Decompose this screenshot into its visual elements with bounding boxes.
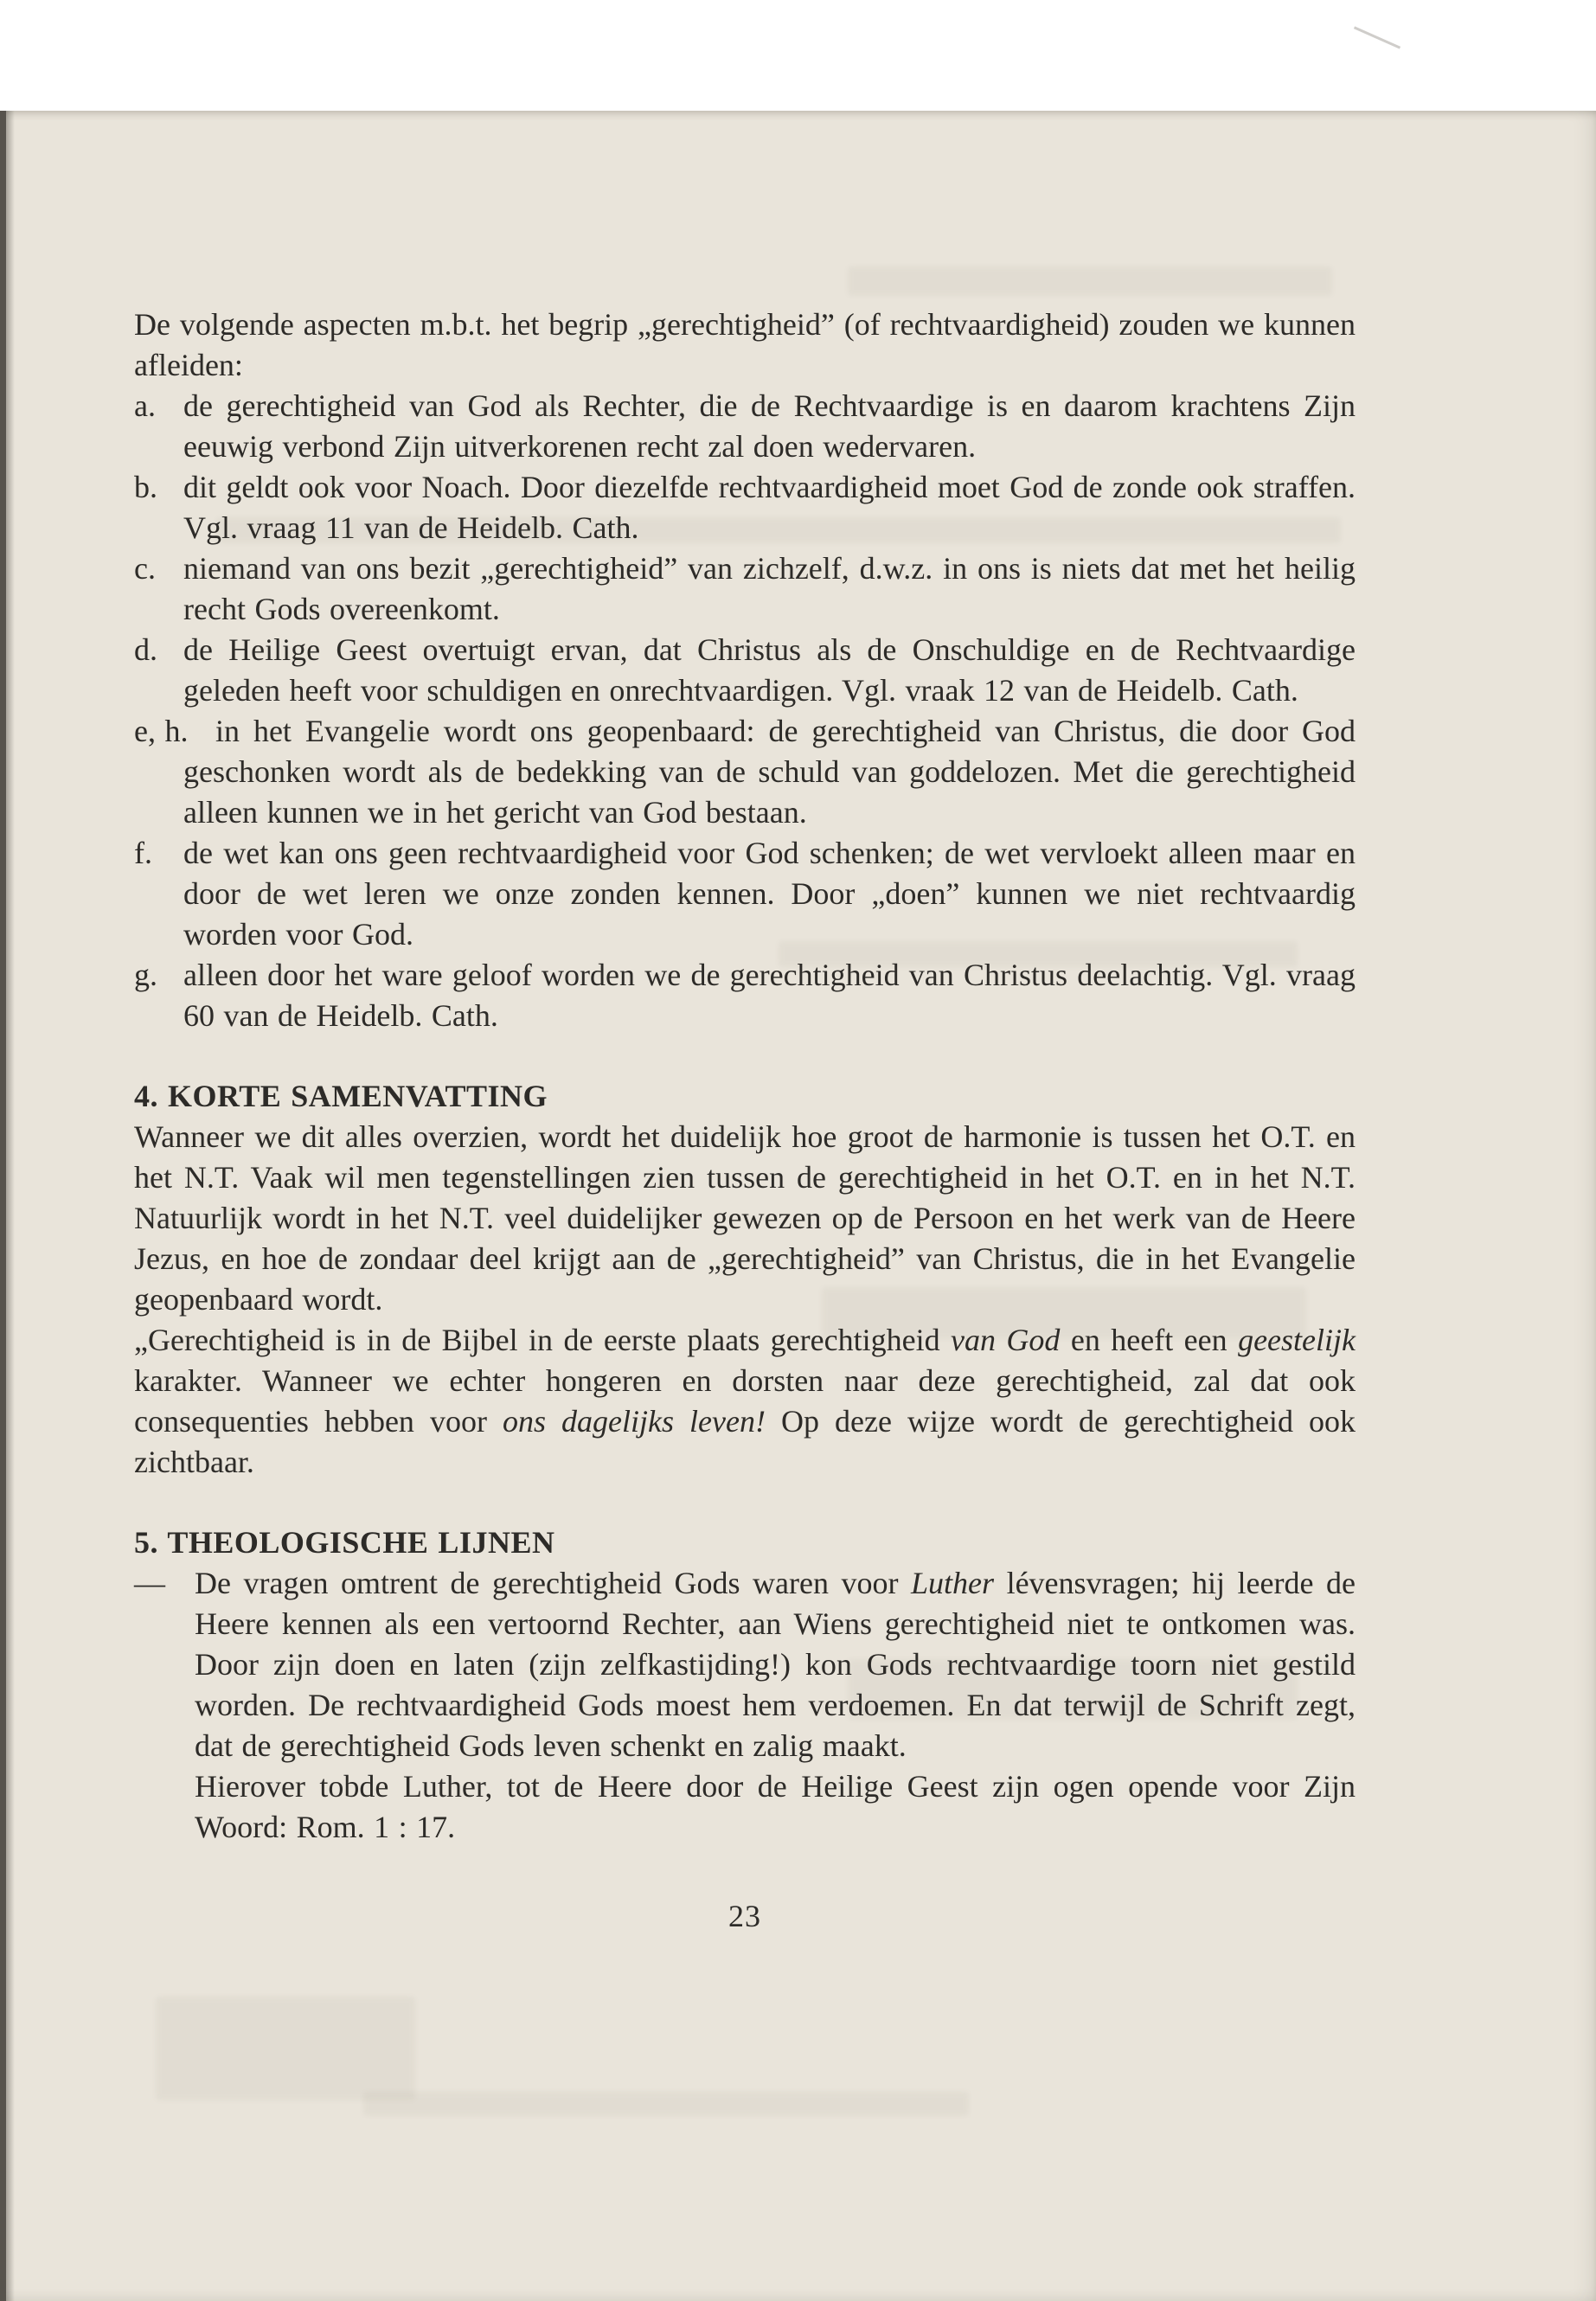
intro-paragraph: De volgende aspecten m.b.t. het begrip „… bbox=[134, 304, 1356, 386]
aspect-item-marker: f. bbox=[134, 833, 152, 874]
page-number: 23 bbox=[134, 1896, 1356, 1937]
theological-line-item: — De vragen omtrent de gerechtigheid God… bbox=[134, 1563, 1356, 1766]
aspect-list-item: c. niemand van ons bezit „gerechtigheid”… bbox=[134, 548, 1356, 630]
aspect-item-text: niemand van ons bezit „gerechtigheid” va… bbox=[183, 548, 1356, 630]
book-gutter-edge bbox=[0, 111, 6, 2301]
aspects-list: a. de gerechtigheid van God als Rechter,… bbox=[134, 386, 1356, 1036]
aspect-list-item: e, h. in het Evangelie wordt ons geopenb… bbox=[134, 711, 1356, 833]
aspect-item-text: de wet kan ons geen rechtvaardigheid voo… bbox=[183, 833, 1356, 955]
scanner-artifact-mark bbox=[1354, 26, 1401, 48]
book-gutter-shadow bbox=[6, 111, 15, 2301]
section-heading-korte-samenvatting: 4. KORTE SAMENVATTING bbox=[134, 1076, 1356, 1117]
section4-paragraphs: Wanneer we dit alles overzien, wordt het… bbox=[134, 1117, 1356, 1483]
theological-line-text: Hierover tobde Luther, tot de Heere door… bbox=[195, 1769, 1356, 1844]
section5-list: — De vragen omtrent de gerechtigheid God… bbox=[134, 1563, 1356, 1848]
body-paragraph: Wanneer we dit alles overzien, wordt het… bbox=[134, 1117, 1356, 1320]
aspect-item-marker: b. bbox=[134, 467, 157, 508]
aspect-item-marker: d. bbox=[134, 630, 157, 670]
aspect-item-marker: c. bbox=[134, 548, 156, 589]
page-text-column: De volgende aspecten m.b.t. het begrip „… bbox=[134, 304, 1356, 1937]
scanned-paper: De volgende aspecten m.b.t. het begrip „… bbox=[0, 111, 1596, 2301]
aspect-item-marker: g. bbox=[134, 955, 157, 996]
body-paragraph: „Gerechtigheid is in de Bijbel in de eer… bbox=[134, 1320, 1356, 1483]
aspect-item-text: de gerechtigheid van God als Rechter, di… bbox=[183, 386, 1356, 467]
aspect-item-marker: e, h. bbox=[134, 711, 188, 752]
aspect-item-marker: a. bbox=[134, 386, 156, 426]
aspect-item-text: de Heilige Geest overtuigt ervan, dat Ch… bbox=[183, 630, 1356, 711]
theological-line-text: De vragen omtrent de gerechtigheid Gods … bbox=[195, 1566, 1356, 1763]
ink-bleedthrough bbox=[156, 1997, 415, 2100]
aspect-item-text: alleen door het ware geloof worden we de… bbox=[183, 955, 1356, 1036]
aspect-list-item: f. de wet kan ons geen rechtvaardigheid … bbox=[134, 833, 1356, 955]
aspect-list-item: d. de Heilige Geest overtuigt ervan, dat… bbox=[134, 630, 1356, 711]
aspect-list-item: a. de gerechtigheid van God als Rechter,… bbox=[134, 386, 1356, 467]
ink-bleedthrough bbox=[363, 2092, 969, 2116]
theological-line-item: Hierover tobde Luther, tot de Heere door… bbox=[134, 1766, 1356, 1848]
aspect-item-text: in het Evangelie wordt ons geopenbaard: … bbox=[183, 711, 1356, 833]
aspect-list-item: b. dit geldt ook voor Noach. Door diezel… bbox=[134, 467, 1356, 548]
aspect-list-item: g. alleen door het ware geloof worden we… bbox=[134, 955, 1356, 1036]
document-scan-page: De volgende aspecten m.b.t. het begrip „… bbox=[0, 0, 1596, 2301]
dash-marker: — bbox=[134, 1563, 165, 1604]
section-heading-theologische-lijnen: 5. THEOLOGISCHE LIJNEN bbox=[134, 1522, 1356, 1563]
aspect-item-text: dit geldt ook voor Noach. Door diezelfde… bbox=[183, 467, 1356, 548]
ink-bleedthrough bbox=[848, 266, 1332, 296]
